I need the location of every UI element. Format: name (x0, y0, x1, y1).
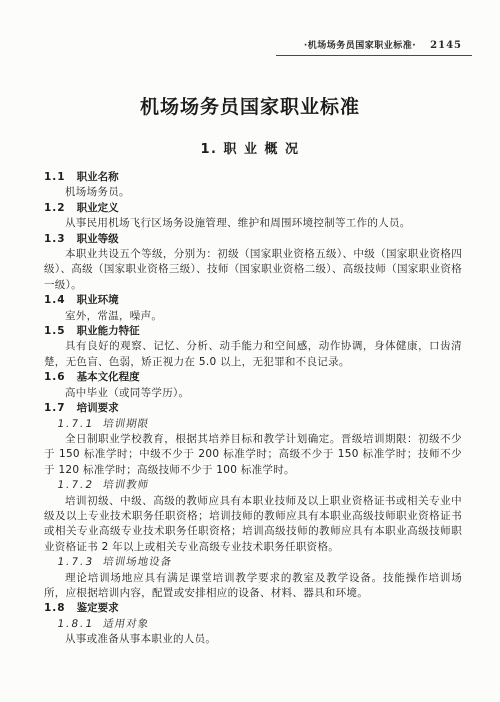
paragraph: 高中毕业（或同等学历）。 (44, 386, 462, 401)
paragraph: 全日制职业学校教育，根据其培养目标和教学计划确定。晋级培训期限：初级不少于 15… (44, 432, 462, 478)
heading-label: 培训期限 (102, 418, 150, 430)
paragraph: 室外，常温，噪声。 (44, 309, 462, 324)
document-title: 机场场务员国家职业标准 (0, 92, 500, 119)
heading-number: 1.7.3 (56, 555, 95, 570)
section-heading: 1.5职业能力特征 (44, 324, 462, 339)
section-heading: 1.7培训要求 (44, 401, 462, 416)
paragraph: 理论培训场地应具有满足课堂培训教学要求的教室及教学设备。技能操作培训场所，应根据… (44, 571, 462, 602)
paragraph: 机场场务员。 (44, 185, 462, 200)
subsection-heading: 1.7.2培训教师 (44, 478, 464, 493)
section-heading: 1.4职业环境 (44, 293, 462, 308)
heading-number: 1.2 (44, 201, 66, 216)
subsection-heading: 1.7.1培训期限 (44, 417, 464, 432)
heading-number: 1.8 (44, 601, 66, 616)
heading-label: 职业环境 (77, 294, 119, 306)
section-heading: 1.3职业等级 (44, 232, 462, 247)
heading-number: 1.7.1 (56, 417, 95, 432)
heading-label: 职业名称 (77, 171, 119, 183)
heading-number: 1.5 (44, 324, 66, 339)
paragraph: 从事民用机场飞行区场务设施管理、维护和周围环境控制等工作的人员。 (44, 216, 462, 231)
heading-label: 培训场地设备 (102, 556, 173, 568)
section-heading: 1.2职业定义 (44, 201, 462, 216)
document-page: ·机场场务员国家职业标准· 2145 机场场务员国家职业标准 1. 职 业 概 … (0, 0, 500, 702)
heading-label: 职业能力特征 (77, 325, 140, 337)
document-body: 1.1职业名称机场场务员。1.2职业定义从事民用机场飞行区场务设施管理、维护和周… (44, 170, 462, 648)
heading-label: 基本文化程度 (77, 371, 140, 383)
heading-number: 1.6 (44, 370, 66, 385)
running-header-title: ·机场场务员国家职业标准· (304, 38, 416, 51)
heading-label: 职业定义 (77, 202, 119, 214)
heading-number: 1.4 (44, 293, 66, 308)
chapter-heading: 1. 职 业 概 况 (0, 138, 500, 157)
section-heading: 1.8鉴定要求 (44, 601, 462, 616)
paragraph: 具有良好的观察、记忆、分析、动手能力和空间感，动作协调，身体健康，口齿清楚，无色… (44, 339, 462, 370)
heading-label: 培训要求 (77, 402, 119, 414)
heading-label: 适用对象 (102, 618, 150, 630)
heading-number: 1.1 (44, 170, 66, 185)
subsection-heading: 1.8.1适用对象 (44, 617, 464, 632)
heading-label: 培训教师 (102, 479, 150, 491)
heading-number: 1.8.1 (56, 617, 95, 632)
subsection-heading: 1.7.3培训场地设备 (44, 555, 464, 570)
paragraph: 从事或准备从事本职业的人员。 (44, 632, 462, 647)
section-heading: 1.6基本文化程度 (44, 370, 462, 385)
section-heading: 1.1职业名称 (44, 170, 462, 185)
heading-label: 鉴定要求 (77, 602, 119, 614)
page-number: 2145 (430, 40, 472, 51)
paragraph: 本职业共设五个等级，分别为：初级（国家职业资格五级）、中级（国家职业资格四级）、… (44, 247, 462, 293)
heading-label: 职业等级 (77, 233, 119, 245)
heading-number: 1.3 (44, 232, 66, 247)
heading-number: 1.7 (44, 401, 66, 416)
heading-number: 1.7.2 (56, 478, 95, 493)
paragraph: 培训初级、中级、高级的教师应具有本职业技师及以上职业资格证书或相关专业中级及以上… (44, 494, 462, 556)
running-header: ·机场场务员国家职业标准· 2145 (276, 38, 472, 56)
